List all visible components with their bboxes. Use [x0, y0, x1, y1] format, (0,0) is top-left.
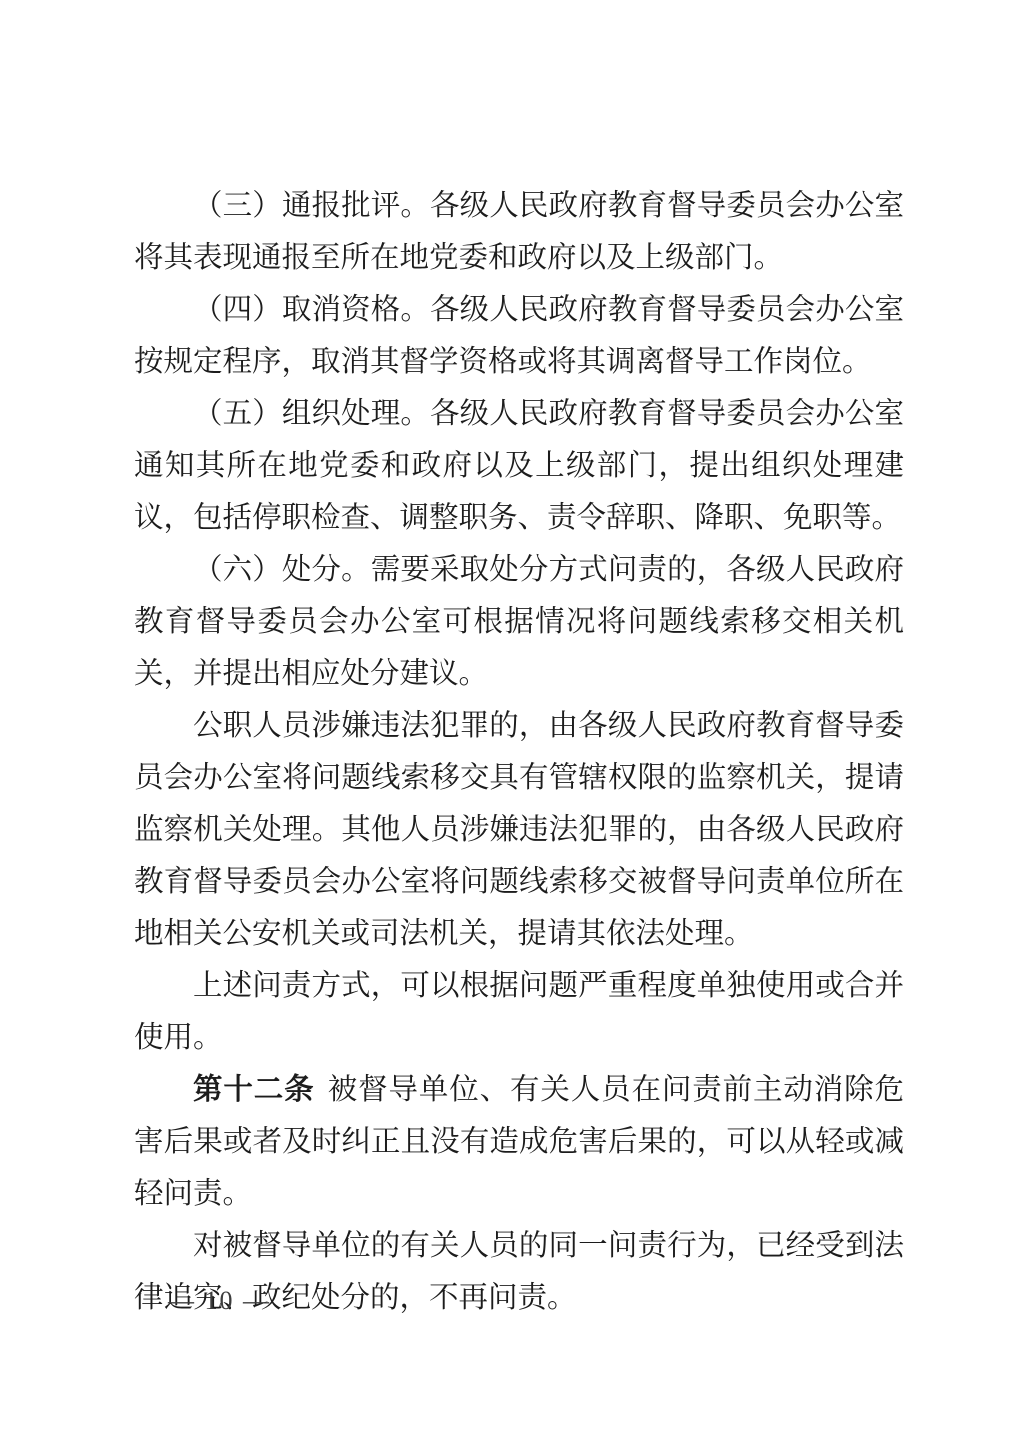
- paragraph-text: （六）处分。需要采取处分方式问责的，各级人民政府教育督导委员会办公室可根据情况将…: [134, 554, 904, 690]
- article-number-label: 第十二条: [193, 1074, 315, 1106]
- document-page: （三）通报批评。各级人民政府教育督导委员会办公室将其表现通报至所在地党委和政府以…: [0, 0, 1024, 1448]
- paragraph-public-officials: 公职人员涉嫌违法犯罪的，由各级人民政府教育督导委员会办公室将问题线索移交具有管辖…: [134, 700, 904, 960]
- paragraph-text: （四）取消资格。各级人民政府教育督导委员会办公室按规定程序，取消其督学资格或将其…: [134, 294, 904, 378]
- paragraph-item-6: （六）处分。需要采取处分方式问责的，各级人民政府教育督导委员会办公室可根据情况将…: [134, 544, 904, 700]
- paragraph-article-12: 第十二条被督导单位、有关人员在问责前主动消除危害后果或者及时纠正且没有造成危害后…: [134, 1064, 904, 1220]
- paragraph-item-4: （四）取消资格。各级人民政府教育督导委员会办公室按规定程序，取消其督学资格或将其…: [134, 284, 904, 388]
- paragraph-text: 公职人员涉嫌违法犯罪的，由各级人民政府教育督导委员会办公室将问题线索移交具有管辖…: [134, 710, 904, 950]
- paragraph-item-3: （三）通报批评。各级人民政府教育督导委员会办公室将其表现通报至所在地党委和政府以…: [134, 180, 904, 284]
- paragraph-text: （五）组织处理。各级人民政府教育督导委员会办公室通知其所在地党委和政府以及上级部…: [134, 398, 904, 534]
- page-footer: — 10 —: [168, 1284, 271, 1318]
- document-body: （三）通报批评。各级人民政府教育督导委员会办公室将其表现通报至所在地党委和政府以…: [134, 180, 904, 1324]
- paragraph-item-5: （五）组织处理。各级人民政府教育督导委员会办公室通知其所在地党委和政府以及上级部…: [134, 388, 904, 544]
- paragraph-text: （三）通报批评。各级人民政府教育督导委员会办公室将其表现通报至所在地党委和政府以…: [134, 190, 904, 274]
- page-number-label: — 10 —: [168, 1286, 271, 1315]
- paragraph-usage-note: 上述问责方式，可以根据问题严重程度单独使用或合并使用。: [134, 960, 904, 1064]
- paragraph-text: 上述问责方式，可以根据问题严重程度单独使用或合并使用。: [134, 970, 904, 1054]
